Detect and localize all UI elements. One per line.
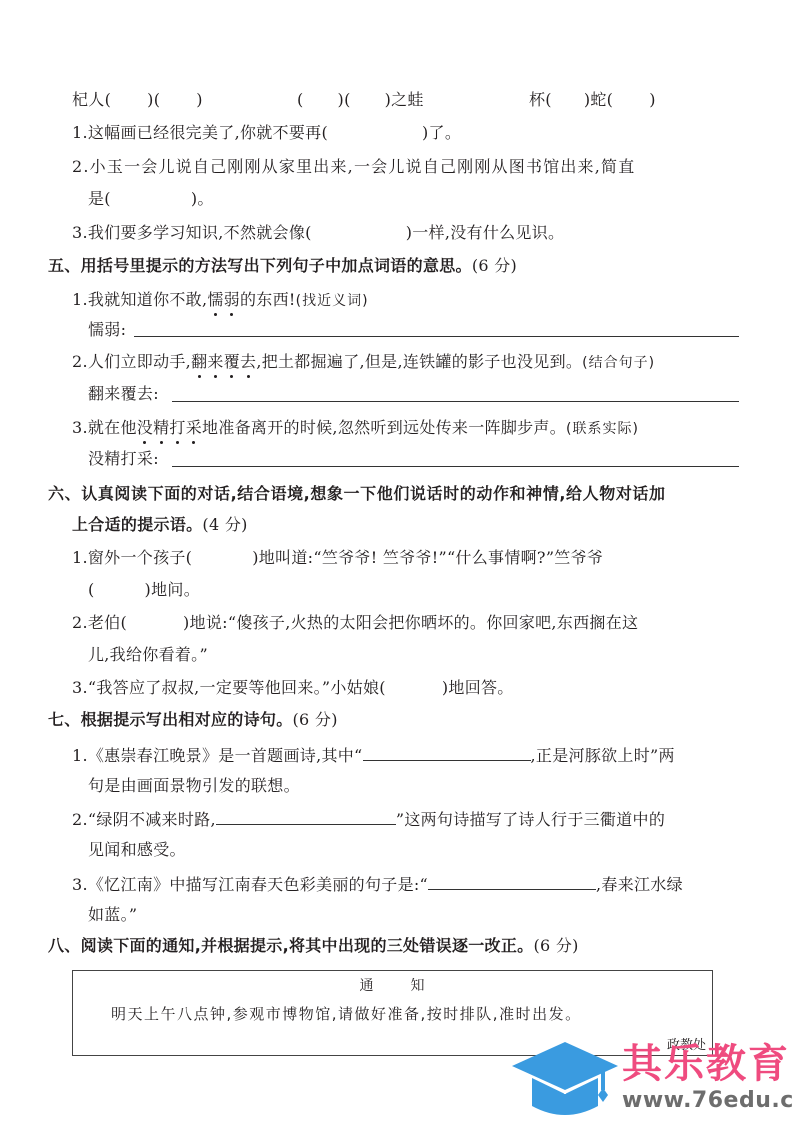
idiom-3-start: 杯( <box>529 90 552 109</box>
s4-item-3: 3.我们要多学习知识,不然就会像()一样,没有什么见识。 <box>72 223 564 243</box>
watermark-logo: 其乐教育 www.76edu.com <box>510 1040 793 1122</box>
dotted-char: 采 <box>186 418 202 438</box>
item-text: ,把土都掘遍了,但是,连铁罐的影子也没见到。 <box>256 352 582 371</box>
item-text: 如蓝。” <box>88 905 137 924</box>
dotted-char: 去 <box>240 352 256 372</box>
brand-url: www.76edu.com <box>622 1088 793 1113</box>
idiom-3-end: ) <box>649 90 656 109</box>
section-6-heading-cont: 上合适的提示语。(4 分) <box>72 515 248 535</box>
idiom-1-start: 杞人( <box>72 90 111 109</box>
s7-item-2-cont: 见闻和感受。 <box>88 840 186 860</box>
item-text: 2.“绿阴不减来时路, <box>72 810 216 829</box>
heading-text: 六、认真阅读下面的对话,结合语境,想象一下他们说话时的动作和神情,给人物对话加 <box>48 484 666 503</box>
item-text: 3.就在他 <box>72 418 137 437</box>
poem-blank[interactable] <box>428 873 596 890</box>
item-text: 见闻和感受。 <box>88 840 186 859</box>
section-8-heading: 八、阅读下面的通知,并根据提示,将其中出现的三处错误逐一改正。(6 分) <box>48 936 579 956</box>
s7-item-1: 1.《惠崇春江晚景》是一首题画诗,其中“,正是河豚欲上时”两 <box>72 744 675 766</box>
dotted-word: 翻来覆去 <box>191 352 256 372</box>
answer-label: 没精打采: <box>88 449 159 468</box>
item-text: )地说:“傻孩子,火热的太阳会把你晒坏的。你回家吧,东西搁在这 <box>183 613 638 632</box>
idiom-3-mid: )蛇( <box>584 90 613 109</box>
item-text: ”这两句诗描写了诗人行于三衢道中的 <box>396 810 665 829</box>
item-text: 儿,我给你看着。” <box>88 645 208 664</box>
poem-blank[interactable] <box>216 808 396 825</box>
idiom-1-end: ) <box>196 90 203 109</box>
hint-text: (结合句子) <box>582 355 655 371</box>
item-text: )地回答。 <box>442 678 514 697</box>
notice-title-char: 知 <box>411 978 426 994</box>
item-text: 1.窗外一个孩子( <box>72 548 192 567</box>
s5-answer-2: 翻来覆去: <box>88 384 159 404</box>
idiom-2-end: )之蛙 <box>385 90 424 109</box>
dotted-word: 懦弱 <box>207 290 240 310</box>
s7-item-2: 2.“绿阴不减来时路,”这两句诗描写了诗人行于三衢道中的 <box>72 808 665 830</box>
s5-item-2: 2.人们立即动手,翻来覆去,把土都掘遍了,但是,连铁罐的影子也没见到。(结合句子… <box>72 352 655 373</box>
brand-name: 其乐教育 <box>622 1042 790 1086</box>
section-7-heading: 七、根据提示写出相对应的诗句。(6 分) <box>48 710 338 730</box>
item-text: 2.小玉一会儿说自己刚刚从家里出来,一会儿说自己刚刚从图书馆出来,简直 <box>72 157 635 176</box>
item-text: )。 <box>191 189 214 208</box>
s6-item-2-cont: 儿,我给你看着。” <box>88 645 208 665</box>
idiom-row-3: 杯()蛇() <box>529 90 656 110</box>
s4-item-1: 1.这幅画已经很完美了,你就不要再()了。 <box>72 123 461 143</box>
item-text: 地准备离开的时候,忽然听到远处传来一阵脚步声。 <box>202 418 566 437</box>
idiom-1-mid: )( <box>147 90 160 109</box>
notice-title: 通知 <box>73 975 712 995</box>
item-text: 3.我们要多学习知识,不然就会像( <box>72 223 312 242</box>
item-text: )地问。 <box>145 580 200 599</box>
dotted-char: 精 <box>153 418 169 438</box>
s5-answer-3: 没精打采: <box>88 449 159 469</box>
item-text: 3.“我答应了叔叔,一定要等他回来。”小姑娘( <box>72 678 386 697</box>
item-text: ,正是河豚欲上时”两 <box>531 746 675 765</box>
heading-text: 七、根据提示写出相对应的诗句。 <box>48 710 293 729</box>
item-text: 1.我就知道你不敢, <box>72 290 207 309</box>
item-text: 1.《惠崇春江晚景》是一首题画诗,其中“ <box>72 746 363 765</box>
dotted-char: 翻 <box>191 352 207 372</box>
dotted-char: 没 <box>137 418 153 438</box>
graduation-cap-icon <box>510 1040 620 1120</box>
points-label: (4 分) <box>202 515 247 534</box>
points-label: (6 分) <box>533 936 578 955</box>
item-text: 的东西! <box>240 290 296 309</box>
answer-label: 懦弱: <box>88 320 126 339</box>
s5-item-3: 3.就在他没精打采地准备离开的时候,忽然听到远处传来一阵脚步声。(联系实际) <box>72 418 639 439</box>
s6-item-1: 1.窗外一个孩子()地叫道:“竺爷爷! 竺爷爷!”“什么事情啊?”竺爷爷 <box>72 548 603 568</box>
section-5-heading: 五、用括号里提示的方法写出下列句子中加点词语的意思。(6 分) <box>48 256 517 276</box>
hint-text: (联系实际) <box>566 421 639 437</box>
answer-label: 翻来覆去: <box>88 384 159 403</box>
s7-item-3: 3.《忆江南》中描写江南春天色彩美丽的句子是:“,春来江水绿 <box>72 873 683 895</box>
s7-item-3-cont: 如蓝。” <box>88 905 137 925</box>
dotted-char: 弱 <box>224 290 240 310</box>
section-6-heading: 六、认真阅读下面的对话,结合语境,想象一下他们说话时的动作和神情,给人物对话加 <box>48 484 666 504</box>
item-text: 是( <box>88 189 111 208</box>
dotted-char: 打 <box>169 418 185 438</box>
hint-text: (找近义词) <box>296 293 369 309</box>
dotted-char: 懦 <box>207 290 223 310</box>
answer-line[interactable] <box>134 336 739 337</box>
item-text: 1.这幅画已经很完美了,你就不要再( <box>72 123 328 142</box>
item-text: 句是由画面景物引发的联想。 <box>88 776 300 795</box>
s7-item-1-cont: 句是由画面景物引发的联想。 <box>88 776 300 796</box>
s5-item-1: 1.我就知道你不敢,懦弱的东西!(找近义词) <box>72 290 369 311</box>
notice-title-char: 通 <box>360 978 375 994</box>
idiom-2-start: ( <box>297 90 304 109</box>
heading-text: 八、阅读下面的通知,并根据提示,将其中出现的三处错误逐一改正。 <box>48 936 533 955</box>
s4-item-2-cont: 是()。 <box>88 189 214 209</box>
dotted-char: 覆 <box>224 352 240 372</box>
answer-line[interactable] <box>172 466 739 467</box>
idiom-row-2: ()()之蛙 <box>297 90 424 110</box>
s6-item-1-cont: ()地问。 <box>88 580 200 600</box>
s5-answer-1: 懦弱: <box>88 320 126 340</box>
item-text: ,春来江水绿 <box>596 875 683 894</box>
item-text: )一样,没有什么见识。 <box>406 223 565 242</box>
idiom-row: 杞人()() <box>72 90 203 110</box>
item-text: ( <box>88 580 95 599</box>
notice-body: 明天上午八点钟,参观市博物馆,请做好准备,按时排队,准时出发。 <box>111 1003 582 1024</box>
answer-line[interactable] <box>172 401 739 402</box>
points-label: (6 分) <box>472 256 517 275</box>
dotted-char: 来 <box>207 352 223 372</box>
idiom-2-mid: )( <box>338 90 351 109</box>
poem-blank[interactable] <box>363 744 531 761</box>
item-text: 2.人们立即动手, <box>72 352 191 371</box>
item-text: )地叫道:“竺爷爷! 竺爷爷!”“什么事情啊?”竺爷爷 <box>252 548 603 567</box>
heading-text: 上合适的提示语。 <box>72 515 202 534</box>
s6-item-2: 2.老伯()地说:“傻孩子,火热的太阳会把你晒坏的。你回家吧,东西搁在这 <box>72 613 638 633</box>
heading-text: 五、用括号里提示的方法写出下列句子中加点词语的意思。 <box>48 256 472 275</box>
points-label: (6 分) <box>293 710 338 729</box>
item-text: 3.《忆江南》中描写江南春天色彩美丽的句子是:“ <box>72 875 428 894</box>
dotted-word: 没精打采 <box>137 418 202 438</box>
s6-item-3: 3.“我答应了叔叔,一定要等他回来。”小姑娘()地回答。 <box>72 678 514 698</box>
s4-item-2: 2.小玉一会儿说自己刚刚从家里出来,一会儿说自己刚刚从图书馆出来,简直 <box>72 157 635 177</box>
item-text: 2.老伯( <box>72 613 127 632</box>
item-text: )了。 <box>422 123 461 142</box>
